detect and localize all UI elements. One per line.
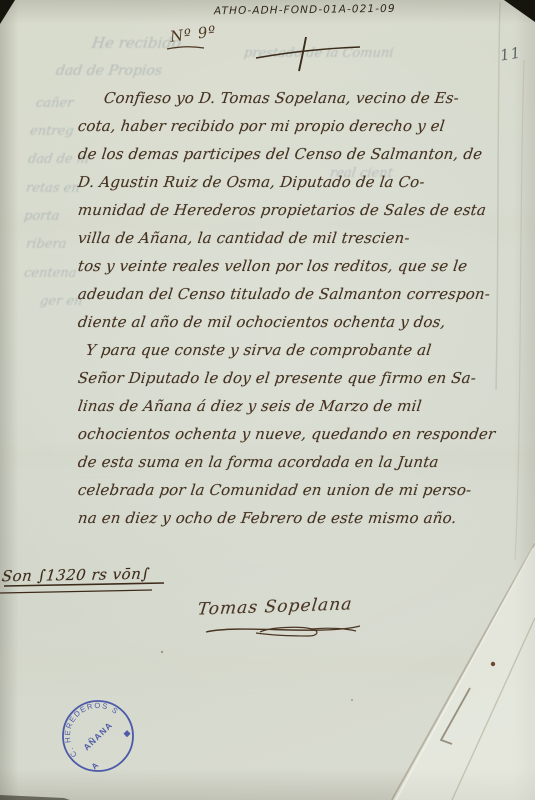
- bleedthrough-text: cañer: [35, 96, 74, 111]
- manuscript-line: na en diez y ocho de Febrero de este mis…: [76, 504, 491, 532]
- bleedthrough-text: dad de Propios: [55, 63, 163, 79]
- manuscript-line: adeudan del Censo titulado de Salmanton …: [76, 280, 491, 308]
- manuscript-line: diente al año de mil ochocientos ochenta…: [76, 308, 491, 336]
- archive-reference-code: ATHO-ADH-FOND-01A-021-09: [214, 3, 396, 18]
- numero-underline: [166, 44, 206, 52]
- manuscript-line: D. Agustin Ruiz de Osma, Diputado de la …: [76, 168, 491, 196]
- bleedthrough-text: porta: [23, 209, 60, 224]
- bleedthrough-text: retas en: [25, 181, 81, 196]
- bleedthrough-text: centena: [23, 266, 77, 281]
- folio-number: 11: [499, 43, 523, 64]
- manuscript-line: munidad de Herederos propietarios de Sal…: [76, 196, 491, 224]
- manuscript-line: ochocientos ochenta y nueve, quedando en…: [76, 420, 491, 448]
- stamp-mark: [124, 730, 131, 737]
- scanned-document: { "archive": { "reference_code": "ATHO-A…: [0, 0, 535, 800]
- manuscript-line: linas de Añana á diez y seis de Marzo de…: [76, 392, 491, 420]
- manuscript-line: Señor Diputado le doy el presente que fi…: [76, 364, 491, 392]
- amount-underline: [0, 582, 170, 596]
- cross-mark-icon: [252, 34, 364, 74]
- manuscript-line: de esta suma en la forma acordada en la …: [76, 448, 491, 476]
- manuscript-body: Confieso yo D. Tomas Sopelana, vecino de…: [78, 84, 490, 532]
- manuscript-line: tos y veinte reales vellon por los redit…: [76, 252, 491, 280]
- manuscript-line: cota, haber recibido por mi propio derec…: [76, 112, 491, 140]
- manuscript-line: villa de Añana, la cantidad de mil tresc…: [76, 224, 491, 252]
- manuscript-line: Y para que conste y sirva de comprobante…: [76, 336, 491, 364]
- stamp-center-text: AÑANA: [81, 720, 114, 753]
- bleedthrough-text: entreg: [29, 124, 75, 139]
- bleedthrough-text: ribera: [25, 237, 67, 252]
- signature-rubric: [200, 616, 370, 646]
- manuscript-line: celebrada por la Comunidad en union de m…: [76, 476, 491, 504]
- manuscript-line: Confieso yo D. Tomas Sopelana, vecino de…: [76, 84, 491, 112]
- manuscript-line: de los demas participes del Censo de Sal…: [76, 140, 491, 168]
